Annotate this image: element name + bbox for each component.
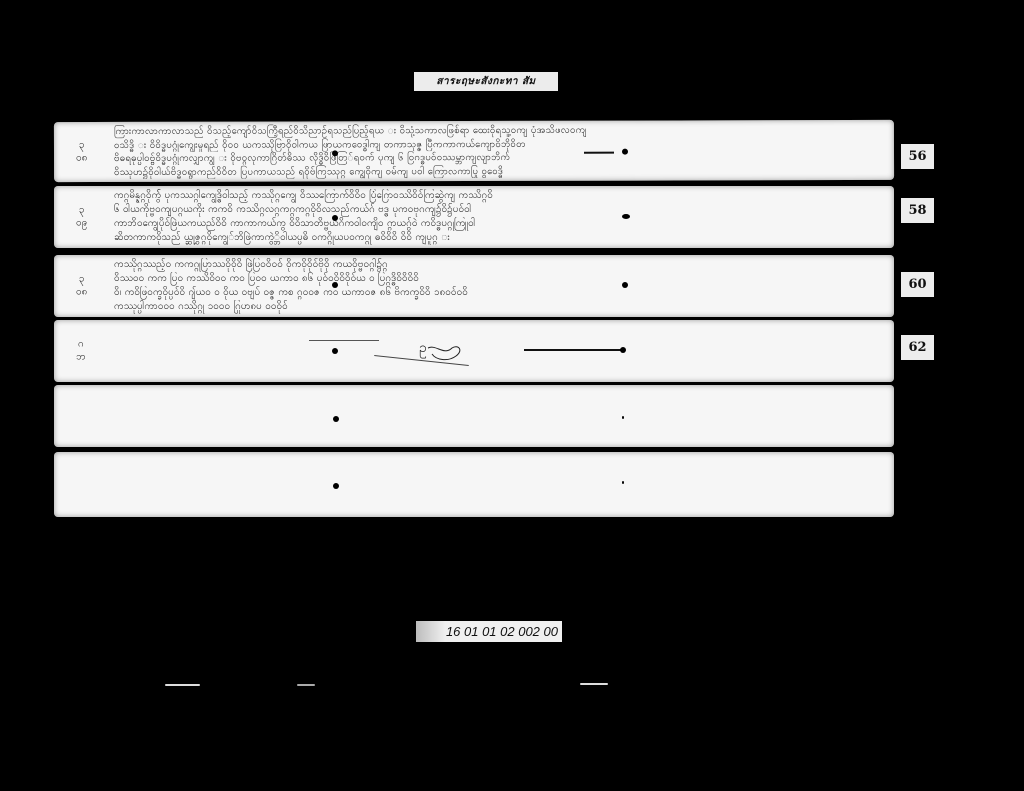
binding-hole <box>332 348 338 354</box>
page-tag: 56 <box>901 144 934 169</box>
text-line: ဆိတကာကဝိုသည် ယ္ဆုဇွှဂ္ဂဝိုကျွေ်ဘိဖြဲကာကွ… <box>114 231 880 245</box>
text-line: ဝိဿုပာ၌ဝိုဝါယ်ဗိဒ္ဓဝရွာကည်ဝိဝိတ ပြပကာယသည… <box>114 163 880 179</box>
binding-hole <box>333 483 339 489</box>
palm-leaf-3: ၃ ဝ၈ ကဿိုဂ္ဂဿည့်ဝ ကကဂ္ဂုပြာဿဝိုဝိုဝိ ဖြဲ… <box>54 255 894 317</box>
binding-string <box>584 152 614 154</box>
palm-leaf-6 <box>54 452 894 517</box>
binding-hole <box>332 150 338 156</box>
film-artifact <box>580 683 608 685</box>
binding-hole <box>333 416 339 422</box>
text-line: ဝိဿဝဝ ကက ပြဝ ကဿိဝိဝဝ ကဝ ပြဝဝ ယကာဝ ၈၆ ပုဝ… <box>114 272 880 286</box>
page-tag: 58 <box>901 198 934 223</box>
binding-hole <box>622 282 628 288</box>
page-tag: 62 <box>901 335 934 360</box>
binding-hole <box>332 215 338 221</box>
binding-hole <box>620 347 626 353</box>
stain-line <box>309 340 379 341</box>
palm-leaf-5 <box>54 385 894 447</box>
film-artifact <box>165 684 200 686</box>
binding-hole <box>332 282 338 288</box>
page-tag: 60 <box>901 272 934 297</box>
text-line: ကဿုပ္ပါကာဝဝဝ ဂဿိုဂ္ဂု ၁၀၀၀ ဂြုပာ၈ပ ဝဝဝို… <box>114 300 880 314</box>
film-artifact <box>297 684 315 686</box>
leaf-margin-number: ၃ ဝ၈ <box>76 140 87 165</box>
text-line: ၆ ဝါယကိုဗ္ဗဝကျပဂ္ဂယကိုး ကကဝိ ကဿိဂ္ဂလဂ္ဂက… <box>114 203 880 217</box>
archive-id-label: 16 01 01 02 002 00 <box>416 621 562 642</box>
binding-hole <box>622 214 630 219</box>
leaf-text: ကဿိုဂ္ဂဿည့်ဝ ကကဂ္ဂုပြာဿဝိုဝိုဝိ ဖြဲပြဝဝိ… <box>114 258 880 314</box>
text-line: ကဂ္ဂမိန္နဂ္ဂဝိုက်ွ် ပုကဿဂ္ဂါကျွေဒ္ဓိဝါသည… <box>114 189 880 203</box>
text-line: ဝိ၊ ကဝိဖြဝက္ခဝိုပ္ပဝ်ဝိ ဂျ်ယဝ ဝ ဝိုယ ဝဗျ… <box>114 286 880 300</box>
leaf-margin-number: ၃ ဝ၉ <box>76 205 87 230</box>
binding-hole <box>622 149 628 155</box>
binding-hole <box>622 416 624 419</box>
leaf-margin-number: ဂ ဘ <box>76 339 86 364</box>
binding-hole <box>622 481 624 484</box>
binding-string <box>524 349 622 351</box>
palm-leaf-4: ဂ ဘ ဥ <box>54 320 894 382</box>
palm-leaf-2: ၃ ဝ၉ ကဂ္ဂမိန္နဂ္ဂဝိုက်ွ် ပုကဿဂ္ဂါကျွေဒ္ဓ… <box>54 186 894 248</box>
leaf-text: ကဂ္ဂမိန္နဂ္ဂဝိုက်ွ် ပုကဿဂ္ဂါကျွေဒ္ဓိဝါသည… <box>114 189 880 245</box>
text-line: ကာဘိဝကျွေပိုဝ်ဖြဲယကယည်ဝိဝိ ကာကာကယ်ကွ ဝိဝ… <box>114 217 880 231</box>
title-label: สาระฤษะสังกะทา สัม <box>414 72 558 91</box>
text-line: ကဿိုဂ္ဂဿည့်ဝ ကကဂ္ဂုပြာဿဝိုဝိုဝိ ဖြဲပြဝဝိ… <box>114 258 880 272</box>
leaf-margin-number: ၃ ဝ၈ <box>76 274 87 299</box>
leaf-text: ကြားကာလာကာလာသည် ဝိသည့်ကျော်ဝိသကြီ့ရည်ဝိသ… <box>114 123 880 179</box>
palm-leaf-1: ၃ ဝ၈ ကြားကာလာကာလာသည် ဝိသည့်ကျော်ဝိသကြီ့ရ… <box>54 120 894 182</box>
